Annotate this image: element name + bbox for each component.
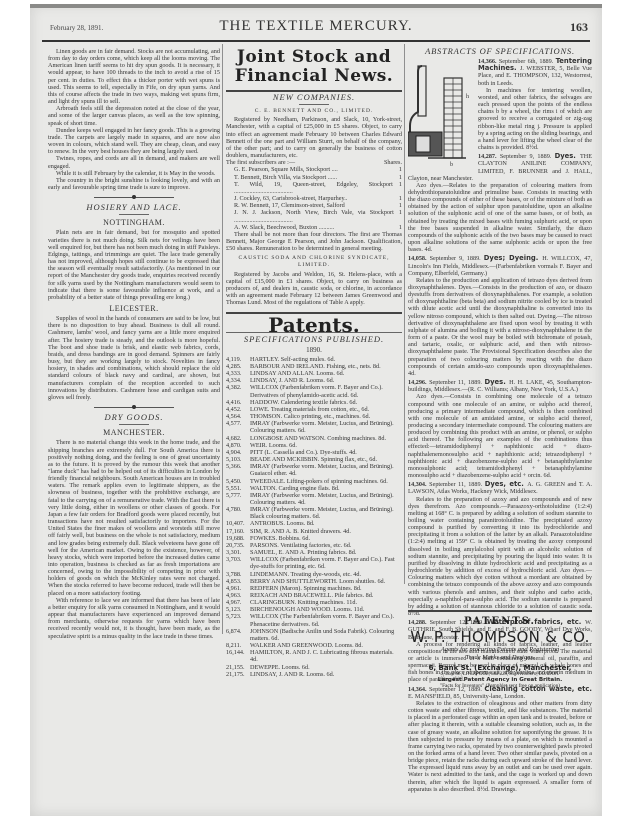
specification-row: 5,123.BIRCHENOUGH AND WOOD. Looms. 11d. bbox=[226, 606, 402, 613]
spec-number: 5,123. bbox=[226, 606, 250, 613]
spec-text: JOHNSON (Badische Anilin und Soda Fabrik… bbox=[250, 628, 402, 642]
abstract-text: Relates to the production and applicatio… bbox=[408, 277, 592, 377]
spec-text: REIXACH AND BRACEWELL. Pile fabrics. 8d. bbox=[250, 592, 402, 599]
linen-report: Linen goods are in fair demand. Stocks a… bbox=[48, 48, 220, 191]
specification-row: 19,688.FOWKES. Bobbins. 6d. bbox=[226, 535, 402, 542]
abstract-number: 14,287. bbox=[478, 153, 500, 160]
nottingham-report: Plain nets are in fair demand, but for m… bbox=[48, 229, 220, 301]
svg-text:h: h bbox=[466, 94, 469, 100]
ornament-divider bbox=[94, 197, 174, 198]
spec-number: 4,452. bbox=[226, 406, 250, 413]
spec-text: PITT (L. Cassella and Co.). Dye-stuffs. … bbox=[250, 449, 402, 456]
spec-text: LOWE. Treating materials from cotton, et… bbox=[250, 406, 402, 413]
spec-text: FOWKES. Bobbins. 6d. bbox=[250, 535, 402, 542]
spec-text: IMRAY (Farbwerke vorm. Meister, Lucius, … bbox=[250, 492, 402, 506]
spec-number: 19,688. bbox=[226, 535, 250, 542]
spec-text: SIM, R. AND A. B. Knitted drawers. 4d. bbox=[250, 528, 402, 535]
section-title-patents: Patents. bbox=[226, 322, 402, 329]
specification-row: 4,963.REIXACH AND BRACEWELL. Pile fabric… bbox=[226, 592, 402, 599]
subscriber-shares: 1 bbox=[392, 174, 402, 181]
specification-row: 8,211.WALKER AND GREENWOOD. Looms. 8d. bbox=[226, 642, 402, 649]
paragraph: Twines, ropes, and cords are all in dema… bbox=[48, 155, 220, 169]
specification-row: 3,703.WILLCOX (Farbenfabriken vorm. F. B… bbox=[226, 556, 402, 570]
abstract-text: Azo dyes.—Relates to the preparation of … bbox=[408, 182, 592, 254]
spec-text: WALKER AND GREENWOOD. Looms. 8d. bbox=[250, 642, 402, 649]
spec-number: 4,119. bbox=[226, 356, 250, 363]
specification-row: 6,874.JOHNSON (Badische Anilin und Soda … bbox=[226, 628, 402, 642]
spec-text: DEWEPPE. Looms. 6d. bbox=[250, 664, 402, 671]
specification-row: 4,967.CLARINGBURN. Knitting machines. 11… bbox=[226, 599, 402, 606]
spec-number: 4,853. bbox=[226, 578, 250, 585]
scan-edge bbox=[30, 4, 602, 8]
abstract-entry: 14,304. September 11, 1889. Dyes, etc. A… bbox=[408, 481, 592, 617]
specification-row: 4,382.WILLCOX (Farbenfabriken vorm. F. B… bbox=[226, 384, 402, 398]
subscriber-row: R. W. Bennett, 17, Cleminson-street, Sal… bbox=[226, 202, 402, 209]
abstract-entry: 14,296. September 11, 1889. Dyes. H. H. … bbox=[408, 379, 592, 479]
spec-number: 3,788. bbox=[226, 571, 250, 578]
spec-text: WEIR. Looms. 6d. bbox=[250, 442, 402, 449]
newspaper-page: February 28, 1891. THE TEXTILE MERCURY. … bbox=[30, 4, 602, 816]
subscriber-shares: 1 bbox=[392, 224, 402, 231]
spec-number: 5,551. bbox=[226, 485, 250, 492]
specification-row: 3,788.LINDEMANN. Treating dye-woods, etc… bbox=[226, 571, 402, 578]
spec-text: BERRY AND SHUTTLEWORTH. Loom shuttles. 6… bbox=[250, 578, 402, 585]
abstract-date: September 11, 1889. bbox=[429, 481, 485, 488]
spec-number: 3,301. bbox=[226, 549, 250, 556]
spec-text: CLARINGBURN. Knitting machines. 11d. bbox=[250, 599, 402, 606]
subscriber-name: T. Bennett, Birch Villa, via Stockport .… bbox=[234, 174, 337, 181]
abstract-text: Relates to the preparation of azoxy and … bbox=[408, 496, 592, 618]
heading-abstracts: ABSTRACTS OF SPECIFICATIONS. bbox=[408, 48, 592, 55]
specification-row: 4,870.WEIR. Looms. 6d. bbox=[226, 442, 402, 449]
spec-text: IMRAY (Farbwerke vorm. Meister, Lucius, … bbox=[250, 506, 402, 520]
spec-number: 4,870. bbox=[226, 442, 250, 449]
spec-number: 4,682. bbox=[226, 435, 250, 442]
patent-agent-advertisement: PATENTS. W. P. THOMPSON & CO. Agents for… bbox=[408, 616, 592, 689]
specification-row: 4,961.REDFERN (Maron). Spinning machines… bbox=[226, 585, 402, 592]
spec-number: 4,967. bbox=[226, 599, 250, 606]
specification-row: 4,780.IMRAY (Farbwerke vorm. Meister, Lu… bbox=[226, 506, 402, 520]
spec-text: BIRCHENOUGH AND WOOD. Looms. 11d. bbox=[250, 606, 402, 613]
directors-note: There shall be not more than four direct… bbox=[226, 231, 402, 252]
abstract-date: September 9, 1889. bbox=[500, 153, 555, 160]
ad-services: Agents for procuring Patents and Registe… bbox=[408, 646, 592, 654]
specification-row: 5,723.WILLCOX (The Farbenfabriken vorm. … bbox=[226, 613, 402, 627]
paragraph: Dundee keeps well engaged in her fancy g… bbox=[48, 127, 220, 156]
header-rule bbox=[42, 40, 590, 42]
spec-number: 3,703. bbox=[226, 556, 250, 570]
specification-row: 21,155.DEWEPPE. Looms. 6d. bbox=[226, 664, 402, 671]
masthead-title: THE TEXTILE MERCURY. bbox=[30, 18, 602, 35]
spec-number: 4,382. bbox=[226, 384, 250, 398]
paragraph: While it is still February by the calend… bbox=[48, 170, 220, 177]
subscribers-list: G. E. Pearson, Square Mills, Stockport .… bbox=[226, 166, 402, 230]
spec-text: TWEEDALE. Lifting-pokers of spinning mac… bbox=[250, 478, 402, 485]
subheading-manchester: MANCHESTER. bbox=[48, 429, 220, 436]
specification-row: 17,160.SIM, R. AND A. B. Knitted drawers… bbox=[226, 528, 402, 535]
subscriber-name: T. Wild, 19, Queen-street, Edgeley, Stoc… bbox=[234, 181, 393, 195]
spec-number: 8,211. bbox=[226, 642, 250, 649]
spec-text: WILLCOX (The Farbenfabriken vorm. F. Bay… bbox=[250, 613, 402, 627]
abstract-text: Relates to the extraction of oleaginous … bbox=[408, 700, 592, 793]
column-divider bbox=[404, 44, 405, 584]
subscriber-shares: 1 bbox=[393, 181, 402, 195]
subscriber-shares: 1 bbox=[392, 202, 402, 209]
specification-row: 4,333.LINDSAY AND ALLAN. Looms. 6d. bbox=[226, 370, 402, 377]
spec-number: 17,160. bbox=[226, 528, 250, 535]
specification-row: 5,777.IMRAY (Farbwerke vorm. Meister, Lu… bbox=[226, 492, 402, 506]
spec-number: 21,175. bbox=[226, 671, 250, 678]
spec-text: WILLCOX (Farbenfabriken vorm. F. Bayer a… bbox=[250, 384, 402, 398]
abstract-title: Dyes. bbox=[555, 152, 580, 160]
spec-number: 4,780. bbox=[226, 506, 250, 520]
machine-drawing-icon: h b bbox=[408, 58, 474, 168]
title-line: Financial News. bbox=[226, 67, 402, 86]
spec-number: 4,963. bbox=[226, 592, 250, 599]
paragraph: With reference to lace we are informed t… bbox=[48, 597, 220, 640]
spec-text: REDFERN (Maron). Spinning machines. 8d. bbox=[250, 585, 402, 592]
spec-text: HAMILTON, R. AND J. C. Lubricating fibro… bbox=[250, 649, 402, 663]
leicester-report: Supplies of wool in the hands of consume… bbox=[48, 315, 220, 401]
specification-row: 4,904.PITT (L. Cassella and Co.). Dye-st… bbox=[226, 449, 402, 456]
section-title-joint-stock: Joint Stock and Financial News. bbox=[226, 48, 402, 86]
spec-number: 4,333. bbox=[226, 370, 250, 377]
specification-row: 4,119.HARTLEY. Self-acting mules. 6d. bbox=[226, 356, 402, 363]
spec-text: BEADE AND MCKIBBIN. Spinning flax, etc.,… bbox=[250, 456, 402, 463]
subscriber-row: G. E. Pearson, Square Mills, Stockport .… bbox=[226, 166, 402, 173]
abstract-byline: E. MANSFIELD, 85, University-lane, Londo… bbox=[408, 693, 525, 700]
specifications-list: 4,119.HARTLEY. Self-acting mules. 6d.4,2… bbox=[226, 356, 402, 678]
ad-firm-name: W. P. THOMPSON & CO. bbox=[408, 628, 592, 646]
specification-row: 16,144.HAMILTON, R. AND J. C. Lubricatin… bbox=[226, 649, 402, 663]
spec-text: ANTROBUS. Looms. 8d. bbox=[250, 520, 402, 527]
spec-number: 5,723. bbox=[226, 613, 250, 627]
subscriber-row: J. N. J. Jackson, North View, Birch Vale… bbox=[226, 209, 402, 223]
subscriber-row: T. Wild, 19, Queen-street, Edgeley, Stoc… bbox=[226, 181, 402, 195]
ornament-divider bbox=[94, 407, 174, 408]
subscriber-row: T. Bennett, Birch Villa, via Stockport .… bbox=[226, 174, 402, 181]
specification-row: 5,103.BEADE AND MCKIBBIN. Spinning flax,… bbox=[226, 456, 402, 463]
spec-number: 5,777. bbox=[226, 492, 250, 506]
abstract-title: Dyes; Dyeing. bbox=[484, 254, 542, 262]
abstract-number: 14,296. bbox=[408, 379, 429, 386]
subscriber-name: A. W. Slack, Beechwood, Buxton .........… bbox=[234, 224, 334, 231]
spec-text: PARSONS. Ventilating factories, etc. 6d. bbox=[250, 542, 402, 549]
spec-number: 4,416. bbox=[226, 399, 250, 406]
spec-number: 10,407. bbox=[226, 520, 250, 527]
spec-text: IMRAY (Farbwerke vorm. Meister, Lucius, … bbox=[250, 420, 402, 434]
abstract-title: Dyes. bbox=[484, 378, 509, 386]
abstract-entry: 14,364. September 12, 1889. Cleaning cot… bbox=[408, 686, 592, 793]
specification-row: 4,334.LINDSAY, J. AND R. Looms. 6d. bbox=[226, 377, 402, 384]
spec-number: 5,103. bbox=[226, 456, 250, 463]
company-description: Registered by Needham, Parkinson, and Sl… bbox=[226, 116, 402, 159]
subscribers-label: The first subscribers are :— bbox=[226, 159, 295, 166]
spec-text: HARTLEY. Self-acting mules. 6d. bbox=[250, 356, 402, 363]
short-rule bbox=[119, 424, 149, 425]
ad-rule bbox=[408, 610, 592, 612]
abstract-date: September 11, 1889. bbox=[429, 379, 484, 386]
section-heading-hosiery: HOSIERY AND LACE. bbox=[48, 204, 220, 211]
spec-number: 16,144. bbox=[226, 649, 250, 663]
shares-label: Shares. bbox=[384, 159, 402, 166]
specification-row: 4,564.THOMSON. Calico printing, etc., ma… bbox=[226, 413, 402, 420]
specification-row: 3,301.SAMUEL, E. AND A. Printing fabrics… bbox=[226, 549, 402, 556]
subscriber-shares: 1 bbox=[392, 195, 402, 202]
paragraph: The country in the bright sunshine is lo… bbox=[48, 177, 220, 191]
spec-text: HADDOW. Calendering textile fabrics. 6d. bbox=[250, 399, 402, 406]
spec-text: LINDSAY, J. AND R. Looms. 6d. bbox=[250, 377, 402, 384]
paragraph: Linen goods are in fair demand. Stocks a… bbox=[48, 48, 220, 105]
specification-row: 4,452.LOWE. Treating materials from cott… bbox=[226, 406, 402, 413]
spec-number: 4,564. bbox=[226, 413, 250, 420]
spec-number: 6,874. bbox=[226, 628, 250, 642]
specification-row: 4,285.BARBOUR AND IRELAND. Fishing, etc.… bbox=[226, 363, 402, 370]
subscriber-row: A. W. Slack, Beechwood, Buxton .........… bbox=[226, 224, 402, 231]
short-rule bbox=[299, 104, 329, 105]
company-name: C. E. BENNETT AND CO., LIMITED. bbox=[226, 108, 402, 115]
middle-column: Joint Stock and Financial News. NEW COMP… bbox=[226, 48, 402, 678]
paragraph: Arbroath feels still the depression note… bbox=[48, 105, 220, 126]
spec-text: LINDSAY, J. AND R. Looms. 6d. bbox=[250, 671, 402, 678]
subscriber-name: J. N. J. Jackson, North View, Birch Vale… bbox=[234, 209, 394, 223]
spec-number: 4,577. bbox=[226, 420, 250, 434]
abstract-number: 14,058. bbox=[408, 255, 430, 262]
specification-row: 21,175.LINDSAY, J. AND R. Looms. 6d. bbox=[226, 671, 402, 678]
subscriber-name: R. W. Bennett, 17, Cleminson-street, Sal… bbox=[234, 202, 345, 209]
ad-services: Trade Marks and Designs. bbox=[408, 654, 592, 662]
spec-text: IMRAY (Farbwerke vorm. Meister, Lucius, … bbox=[250, 463, 402, 477]
svg-text:b: b bbox=[450, 162, 453, 168]
spec-number: 4,334. bbox=[226, 377, 250, 384]
specification-row: 4,577.IMRAY (Farbwerke vorm. Meister, Lu… bbox=[226, 420, 402, 434]
spec-text: BARBOUR AND IRELAND. Fishing, etc., nets… bbox=[250, 363, 402, 370]
page-header: February 28, 1891. THE TEXTILE MERCURY. … bbox=[30, 18, 602, 38]
specification-row: 10,407.ANTROBUS. Looms. 8d. bbox=[226, 520, 402, 527]
company-name: CAUSTIC SODA AND CHLORINE SYNDICATE, LIM… bbox=[226, 255, 402, 269]
heading-new-companies: NEW COMPANIES. bbox=[226, 94, 402, 101]
specification-row: 4,853.BERRY AND SHUTTLEWORTH. Loom shutt… bbox=[226, 578, 402, 585]
title-line: Joint Stock and bbox=[226, 48, 402, 67]
abstract-title: Dyes, etc. bbox=[485, 480, 528, 488]
spec-number: 5,366. bbox=[226, 463, 250, 477]
subheading-leicester: LEICESTER. bbox=[48, 305, 220, 312]
spec-text: SAMUEL, E. AND A. Printing fabrics. 8d. bbox=[250, 549, 402, 556]
ad-headline: PATENTS. bbox=[408, 616, 592, 627]
subheading-nottingham: NOTTINGHAM. bbox=[48, 219, 220, 226]
abstract-number: 14,304. bbox=[408, 481, 429, 488]
abstract-date: September 9, 1889. bbox=[430, 255, 484, 262]
ad-pamphlet-note: "Facts for Inventors" (Pamphlet sent fre… bbox=[408, 683, 592, 689]
spec-number: 20,735. bbox=[226, 542, 250, 549]
specification-row: 5,450.TWEEDALE. Lifting-pokers of spinni… bbox=[226, 478, 402, 485]
abstract-text: Azo dyes.—Consists in combining one mole… bbox=[408, 393, 592, 479]
subscriber-name: J. Cockley, 63, Carisbrook-street, Harpu… bbox=[234, 195, 347, 202]
spec-number: 4,904. bbox=[226, 449, 250, 456]
spec-number: 5,450. bbox=[226, 478, 250, 485]
spec-number: 4,961. bbox=[226, 585, 250, 592]
column-divider bbox=[222, 44, 223, 634]
abstract-entry: 14,058. September 9, 1889. Dyes; Dyeing.… bbox=[408, 255, 592, 377]
spec-number: 21,155. bbox=[226, 664, 250, 671]
paragraph: There is no material change this week in… bbox=[48, 439, 220, 596]
year-label: 1890. bbox=[226, 347, 402, 354]
spec-text: LONGBOSE AND WATSON. Combing machines. 8… bbox=[250, 435, 402, 442]
specification-row: 5,366.IMRAY (Farbwerke vorm. Meister, Lu… bbox=[226, 463, 402, 477]
left-column: Linen goods are in fair demand. Stocks a… bbox=[48, 48, 220, 640]
abstract-entry: 14,287. September 9, 1889. Dyes. THE CLA… bbox=[408, 153, 592, 253]
subscriber-shares: 1 bbox=[392, 166, 402, 173]
spec-text: THOMSON. Calico printing, etc., machines… bbox=[250, 413, 402, 420]
manchester-report: There is no material change this week in… bbox=[48, 439, 220, 639]
section-heading-dry-goods: DRY GOODS. bbox=[48, 414, 220, 421]
page-number: 163 bbox=[570, 20, 588, 35]
short-rule bbox=[119, 214, 149, 215]
subscribers-header: The first subscribers are :— Shares. bbox=[226, 159, 402, 166]
tentering-machine-figure: h b bbox=[408, 58, 474, 168]
specification-row: 5,551.WALTON. Carding engine flats. 8d. bbox=[226, 485, 402, 492]
spec-text: LINDEMANN. Treating dye-woods, etc. 4d. bbox=[250, 571, 402, 578]
spec-number: 4,285. bbox=[226, 363, 250, 370]
subscriber-row: J. Cockley, 63, Carisbrook-street, Harpu… bbox=[226, 195, 402, 202]
spec-text: WILLCOX (Farbenfabriken vorm. F. Bayer a… bbox=[250, 556, 402, 570]
specification-row: 20,735.PARSONS. Ventilating factories, e… bbox=[226, 542, 402, 549]
specification-row: 4,416.HADDOW. Calendering textile fabric… bbox=[226, 399, 402, 406]
spec-text: WALTON. Carding engine flats. 8d. bbox=[250, 485, 402, 492]
heading-specifications: SPECIFICATIONS PUBLISHED. bbox=[226, 336, 402, 343]
specification-row: 4,682.LONGBOSE AND WATSON. Combing machi… bbox=[226, 435, 402, 442]
subscriber-name: G. E. Pearson, Square Mills, Stockport .… bbox=[234, 166, 338, 173]
spec-text: LINDSAY AND ALLAN. Looms. 6d. bbox=[250, 370, 402, 377]
subscriber-shares: 1 bbox=[394, 209, 402, 223]
company-description: Registered by Jacobs and Weldon, 16, St.… bbox=[226, 271, 402, 307]
ad-address: 6, Bank St. (Exchange), Manchester, bbox=[408, 664, 592, 672]
